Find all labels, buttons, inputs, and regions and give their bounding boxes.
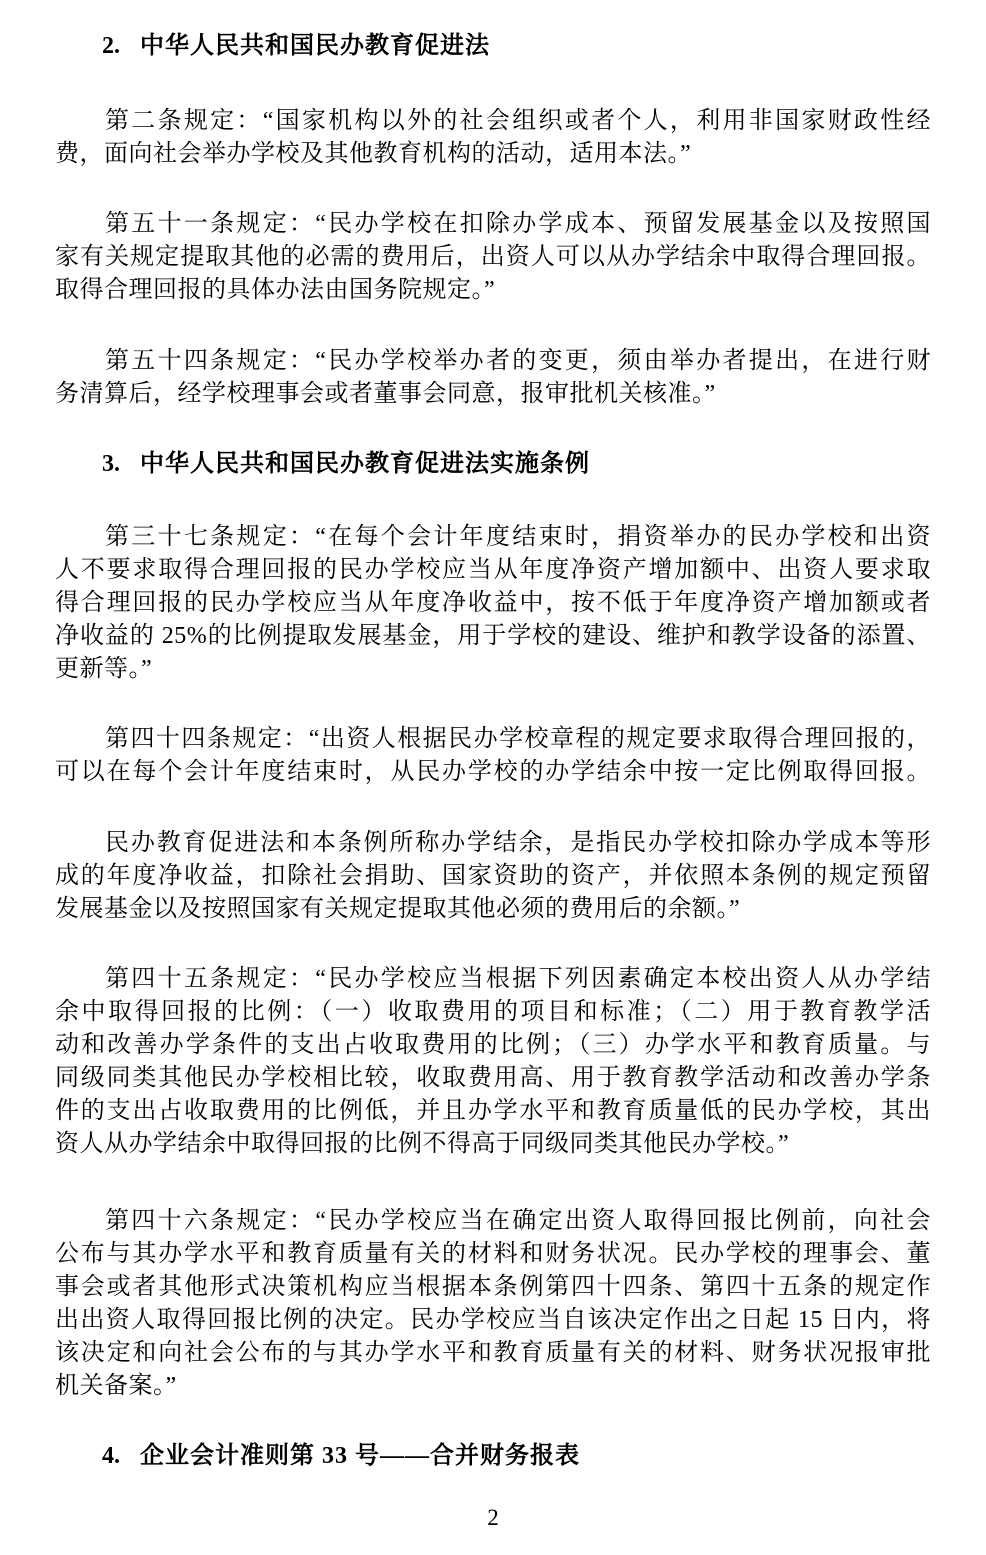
paragraph-article-46: 第四十六条规定：“民办学校应当在确定出资人取得回报比例前，向社会公布与其办学水平… <box>55 1205 931 1403</box>
heading-title: 中华人民共和国民办教育促进法实施条例 <box>140 448 590 481</box>
paragraph-article-54: 第五十四条规定：“民办学校举办者的变更，须由举办者提出，在进行财务清算后，经学校… <box>55 345 931 411</box>
heading-title: 中华人民共和国民办教育促进法 <box>140 30 490 63</box>
paragraph-surplus-definition: 民办教育促进法和本条例所称办学结余，是指民办学校扣除办学成本等形成的年度净收益，… <box>55 827 931 926</box>
text-line: 费，面向社会举办学校及其他教育机构的活动，适用本法。” <box>55 138 931 171</box>
text-line: 净收益的 25%的比例提取发展基金，用于学校的建设、维护和教学设备的添置、 <box>55 620 931 653</box>
paragraph-article-51: 第五十一条规定：“民办学校在扣除办学成本、预留发展基金以及按照国家有关规定提取其… <box>55 208 931 307</box>
heading-title: 企业会计准则第 33 号——合并财务报表 <box>140 1440 580 1473</box>
text-line: 机关备案。” <box>55 1370 931 1403</box>
paragraph-article-45: 第四十五条规定：“民办学校应当根据下列因素确定本校出资人从办学结余中取得回报的比… <box>55 963 931 1161</box>
text-line: 第二条规定：“国家机构以外的社会组织或者个人，利用非国家财政性经 <box>55 105 931 138</box>
text-line: 务清算后，经学校理事会或者董事会同意，报审批机关核准。” <box>55 378 931 411</box>
text-line: 第五十一条规定：“民办学校在扣除办学成本、预留发展基金以及按照国 <box>55 208 931 241</box>
text-line: 更新等。” <box>55 653 931 686</box>
heading-number: 2. <box>102 30 140 63</box>
text-line: 家有关规定提取其他的必需的费用后，出资人可以从办学结余中取得合理回报。 <box>55 241 931 274</box>
text-line: 成的年度净收益，扣除社会捐助、国家资助的资产，并依照本条例的规定预留 <box>55 860 931 893</box>
text-line: 第三十七条规定：“在每个会计年度结束时，捐资举办的民办学校和出资 <box>55 521 931 554</box>
section-heading-accounting-standard-33: 4. 企业会计准则第 33 号——合并财务报表 <box>102 1440 931 1473</box>
paragraph-article-37: 第三十七条规定：“在每个会计年度结束时，捐资举办的民办学校和出资人不要求取得合理… <box>55 521 931 686</box>
text-line: 件的支出占收取费用的比例低，并且办学水平和教育质量低的民办学校，其出 <box>55 1095 931 1128</box>
heading-number: 3. <box>102 448 140 481</box>
text-line: 同级同类其他民办学校相比较，收取费用高、用于教育教学活动和改善办学条 <box>55 1062 931 1095</box>
text-line: 资人从办学结余中取得回报的比例不得高于同级同类其他民办学校。” <box>55 1128 931 1161</box>
text-line: 事会或者其他形式决策机构应当根据本条例第四十四条、第四十五条的规定作 <box>55 1271 931 1304</box>
text-line: 第五十四条规定：“民办学校举办者的变更，须由举办者提出，在进行财 <box>55 345 931 378</box>
section-heading-implementation-regulations: 3. 中华人民共和国民办教育促进法实施条例 <box>102 448 931 481</box>
text-line: 出出资人取得回报比例的决定。民办学校应当自该决定作出之日起 15 日内，将 <box>55 1304 931 1337</box>
text-line: 取得合理回报的具体办法由国务院规定。” <box>55 274 931 307</box>
text-line: 可以在每个会计年度结束时，从民办学校的办学结余中按一定比例取得回报。 <box>55 756 931 789</box>
text-line: 动和改善办学条件的支出占收取费用的比例；（三）办学水平和教育质量。与 <box>55 1029 931 1062</box>
text-line: 得合理回报的民办学校应当从年度净收益中，按不低于年度净资产增加额或者 <box>55 587 931 620</box>
paragraph-article-2: 第二条规定：“国家机构以外的社会组织或者个人，利用非国家财政性经费，面向社会举办… <box>55 105 931 171</box>
page-number: 2 <box>55 1501 931 1534</box>
text-line: 第四十五条规定：“民办学校应当根据下列因素确定本校出资人从办学结 <box>55 963 931 996</box>
text-line: 人不要求取得合理回报的民办学校应当从年度净资产增加额中、出资人要求取 <box>55 554 931 587</box>
text-line: 第四十六条规定：“民办学校应当在确定出资人取得回报比例前，向社会 <box>55 1205 931 1238</box>
paragraph-article-44: 第四十四条规定：“出资人根据民办学校章程的规定要求取得合理回报的，可以在每个会计… <box>55 723 931 789</box>
heading-number: 4. <box>102 1440 140 1473</box>
document-page: 2. 中华人民共和国民办教育促进法 第二条规定：“国家机构以外的社会组织或者个人… <box>0 0 986 1555</box>
text-line: 该决定和向社会公布的与其办学水平和教育质量有关的材料、财务状况报审批 <box>55 1337 931 1370</box>
text-line: 公布与其办学水平和教育质量有关的材料和财务状况。民办学校的理事会、董 <box>55 1238 931 1271</box>
text-line: 发展基金以及按照国家有关规定提取其他必须的费用后的余额。” <box>55 893 931 926</box>
text-line: 第四十四条规定：“出资人根据民办学校章程的规定要求取得合理回报的， <box>55 723 931 756</box>
text-line: 民办教育促进法和本条例所称办学结余，是指民办学校扣除办学成本等形 <box>55 827 931 860</box>
text-line: 余中取得回报的比例：（一）收取费用的项目和标准；（二）用于教育教学活 <box>55 996 931 1029</box>
section-heading-private-education-law: 2. 中华人民共和国民办教育促进法 <box>102 30 931 63</box>
